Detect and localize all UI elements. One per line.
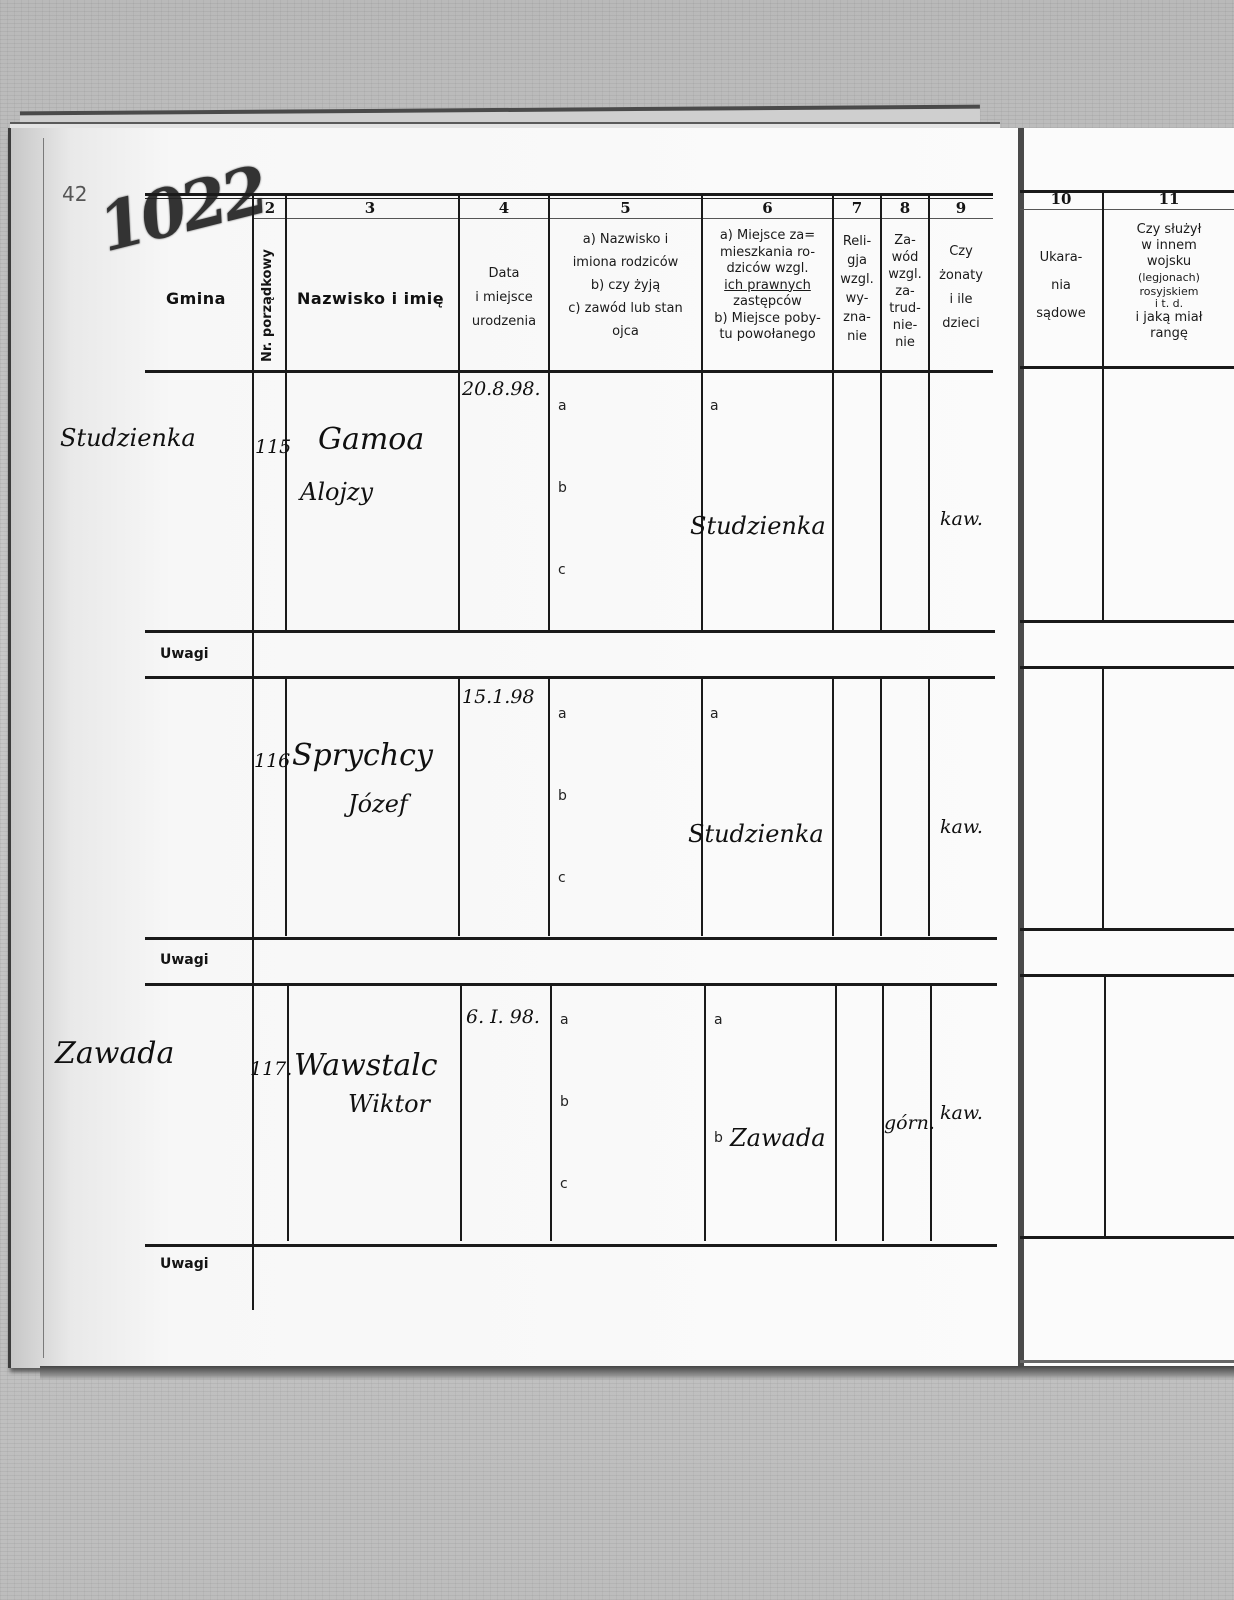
col-divider-nr	[285, 678, 287, 936]
entry-surname: Wawstalc	[294, 1048, 438, 1083]
header-line: wzgl.	[834, 270, 880, 289]
right-col-divider	[1104, 974, 1106, 1236]
remarks-rule-top	[145, 630, 995, 633]
parents-c-label: c	[558, 562, 566, 578]
parents-b-label: b	[558, 788, 567, 804]
header-line: b) Miejsce poby-	[703, 311, 832, 328]
header-gmina: Gmina	[166, 289, 226, 308]
right-header-bottom	[1020, 366, 1234, 369]
header-line: Ukara-	[1020, 244, 1102, 272]
entry-residence: Studzienka	[690, 512, 826, 540]
column-number-8: 8	[882, 199, 928, 217]
remarks-label: Uwagi	[160, 1256, 209, 1272]
column-number-10: 10	[1020, 190, 1102, 208]
column-number-6: 6	[703, 199, 832, 217]
header-line: Data	[460, 262, 548, 286]
column-number-3: 3	[350, 199, 390, 217]
entry-birth-date: 20.8.98.	[462, 378, 541, 400]
entry-number: 117.	[250, 1058, 292, 1080]
header-line: nia	[1020, 272, 1102, 300]
parents-c-label: c	[558, 870, 566, 886]
entry-married-status: kaw.	[940, 1102, 983, 1124]
parents-a-label: a	[558, 706, 567, 722]
page-bottom-shadow	[40, 1366, 1234, 1380]
header-line: i t. d.	[1104, 298, 1234, 310]
right-bottom-edge	[1020, 1360, 1234, 1363]
header-line: dzieci	[930, 312, 992, 336]
header-line: mieszkania ro-	[703, 245, 832, 262]
col-divider-date	[548, 678, 550, 936]
entry-number: 115	[255, 436, 291, 458]
header-line: wzgl.	[882, 266, 928, 283]
header-line: zastępców	[703, 294, 832, 311]
header-line: i ile	[930, 288, 992, 312]
header-line: a) Miejsce za=	[703, 228, 832, 245]
residence-a-label: a	[710, 398, 719, 414]
header-line: ich prawnych	[703, 278, 832, 295]
parents-b-label: b	[560, 1094, 569, 1110]
header-line: rangę	[1104, 326, 1234, 342]
header-nr-porzadkowy: Nr. porządkowy	[260, 249, 275, 362]
parents-a-label: a	[558, 398, 567, 414]
header-line: wojsku	[1104, 254, 1234, 270]
residence-a-label: a	[710, 706, 719, 722]
entry-occupation: górn.	[884, 1112, 935, 1134]
header-line: w innem	[1104, 238, 1234, 254]
remarks-rule-bottom	[145, 983, 997, 986]
entry-gmina: Studzienka	[60, 424, 196, 452]
remarks-rule-top	[145, 937, 997, 940]
col-divider-name	[460, 985, 462, 1241]
header-line: (legjonach)	[1104, 270, 1234, 286]
top-rule	[145, 193, 993, 196]
header-line: imiona rodziców	[550, 251, 701, 274]
header-other-army-service: Czy służył w innem wojsku (legjonach) ro…	[1104, 222, 1234, 342]
header-married: Czy żonaty i ile dzieci	[930, 240, 992, 336]
column-number-7: 7	[834, 199, 880, 217]
header-line: Czy służył	[1104, 222, 1234, 238]
header-line: Za-	[882, 232, 928, 249]
col-divider-residence	[835, 985, 837, 1241]
parents-c-label: c	[560, 1176, 568, 1192]
header-parents: a) Nazwisko i imiona rodziców b) czy żyj…	[550, 228, 701, 343]
header-residence: a) Miejsce za= mieszkania ro- dziców wzg…	[703, 228, 832, 344]
entry-surname: Sprychcy	[292, 738, 433, 773]
header-line: Czy	[930, 240, 992, 264]
right-remarks-bottom	[1020, 666, 1234, 669]
entry-gmina: Zawada	[55, 1036, 174, 1071]
right-col-divider	[1102, 666, 1104, 928]
col-divider-occupation	[928, 678, 930, 936]
header-line: trud-	[882, 300, 928, 317]
entry-birth-date: 6. I. 98.	[466, 1006, 540, 1028]
column-number-5: 5	[550, 199, 701, 217]
header-occupation: Za- wód wzgl. za- trud- nie- nie	[882, 232, 928, 351]
remarks-label: Uwagi	[160, 952, 209, 968]
header-line: ojca	[550, 320, 701, 343]
col-divider-parents	[704, 985, 706, 1241]
parents-b-label: b	[558, 480, 567, 496]
column-number-9: 9	[930, 199, 992, 217]
entry-married-status: kaw.	[940, 508, 983, 530]
header-line: zna-	[834, 308, 880, 327]
col-divider-parents	[701, 678, 703, 936]
remarks-label: Uwagi	[160, 646, 209, 662]
residence-a-label: a	[714, 1012, 723, 1028]
right-remarks-bottom	[1020, 974, 1234, 977]
header-line: b) czy żyją	[550, 274, 701, 297]
col-divider-date	[550, 985, 552, 1241]
entry-given-name: Alojzy	[300, 478, 373, 506]
parents-a-label: a	[560, 1012, 569, 1028]
header-court-penalties: Ukara- nia sądowe	[1020, 244, 1102, 328]
entry-number: 116	[254, 750, 290, 772]
entry-residence: Studzienka	[688, 820, 824, 848]
header-religion: Reli- gja wzgl. wy- zna- nie	[834, 232, 880, 346]
column-number-2: 2	[256, 199, 284, 217]
right-remarks-top	[1020, 928, 1234, 931]
header-line: dziców wzgl.	[703, 261, 832, 278]
entry-birth-date: 15.1.98	[462, 686, 535, 708]
right-remarks-top	[1020, 620, 1234, 623]
entry-residence: Zawada	[730, 1124, 826, 1152]
header-line: a) Nazwisko i	[550, 228, 701, 251]
header-line: za-	[882, 283, 928, 300]
col-divider-nr	[287, 985, 289, 1241]
header-line: tu powołanego	[703, 327, 832, 344]
header-line: i jaką miał	[1104, 310, 1234, 326]
entry-surname: Gamoa	[318, 422, 424, 457]
header-line: nie	[834, 327, 880, 346]
entry-given-name: Józef	[348, 790, 408, 818]
right-remarks-top	[1020, 1236, 1234, 1239]
remarks-rule-bottom	[145, 676, 995, 679]
header-line: sądowe	[1020, 300, 1102, 328]
column-number-11: 11	[1104, 190, 1234, 208]
right-colnum-rule	[1020, 209, 1234, 210]
header-line: żonaty	[930, 264, 992, 288]
header-line: wód	[882, 249, 928, 266]
column-number-4: 4	[460, 199, 548, 217]
pencil-page-number: 42	[62, 182, 87, 206]
col-divider-residence	[832, 678, 834, 936]
header-line: c) zawód lub stan	[550, 297, 701, 320]
header-line: urodzenia	[460, 310, 548, 334]
residence-b-label: b	[714, 1130, 723, 1146]
header-line: nie-	[882, 317, 928, 334]
header-line: nie	[882, 334, 928, 351]
header-nazwisko-imie: Nazwisko i imię	[297, 289, 444, 308]
header-birth-date: Data i miejsce urodzenia	[460, 262, 548, 334]
col-divider-religion	[880, 678, 882, 936]
col-divider-name	[458, 678, 460, 936]
header-line: gja	[834, 251, 880, 270]
entry-given-name: Wiktor	[348, 1090, 430, 1118]
header-line: wy-	[834, 289, 880, 308]
entry-married-status: kaw.	[940, 816, 983, 838]
header-line: i miejsce	[460, 286, 548, 310]
col-divider-nr	[285, 196, 287, 632]
page-margin-line	[43, 138, 44, 1358]
header-bottom-rule	[145, 370, 993, 373]
remarks-rule-top	[145, 1244, 997, 1247]
header-line: Reli-	[834, 232, 880, 251]
